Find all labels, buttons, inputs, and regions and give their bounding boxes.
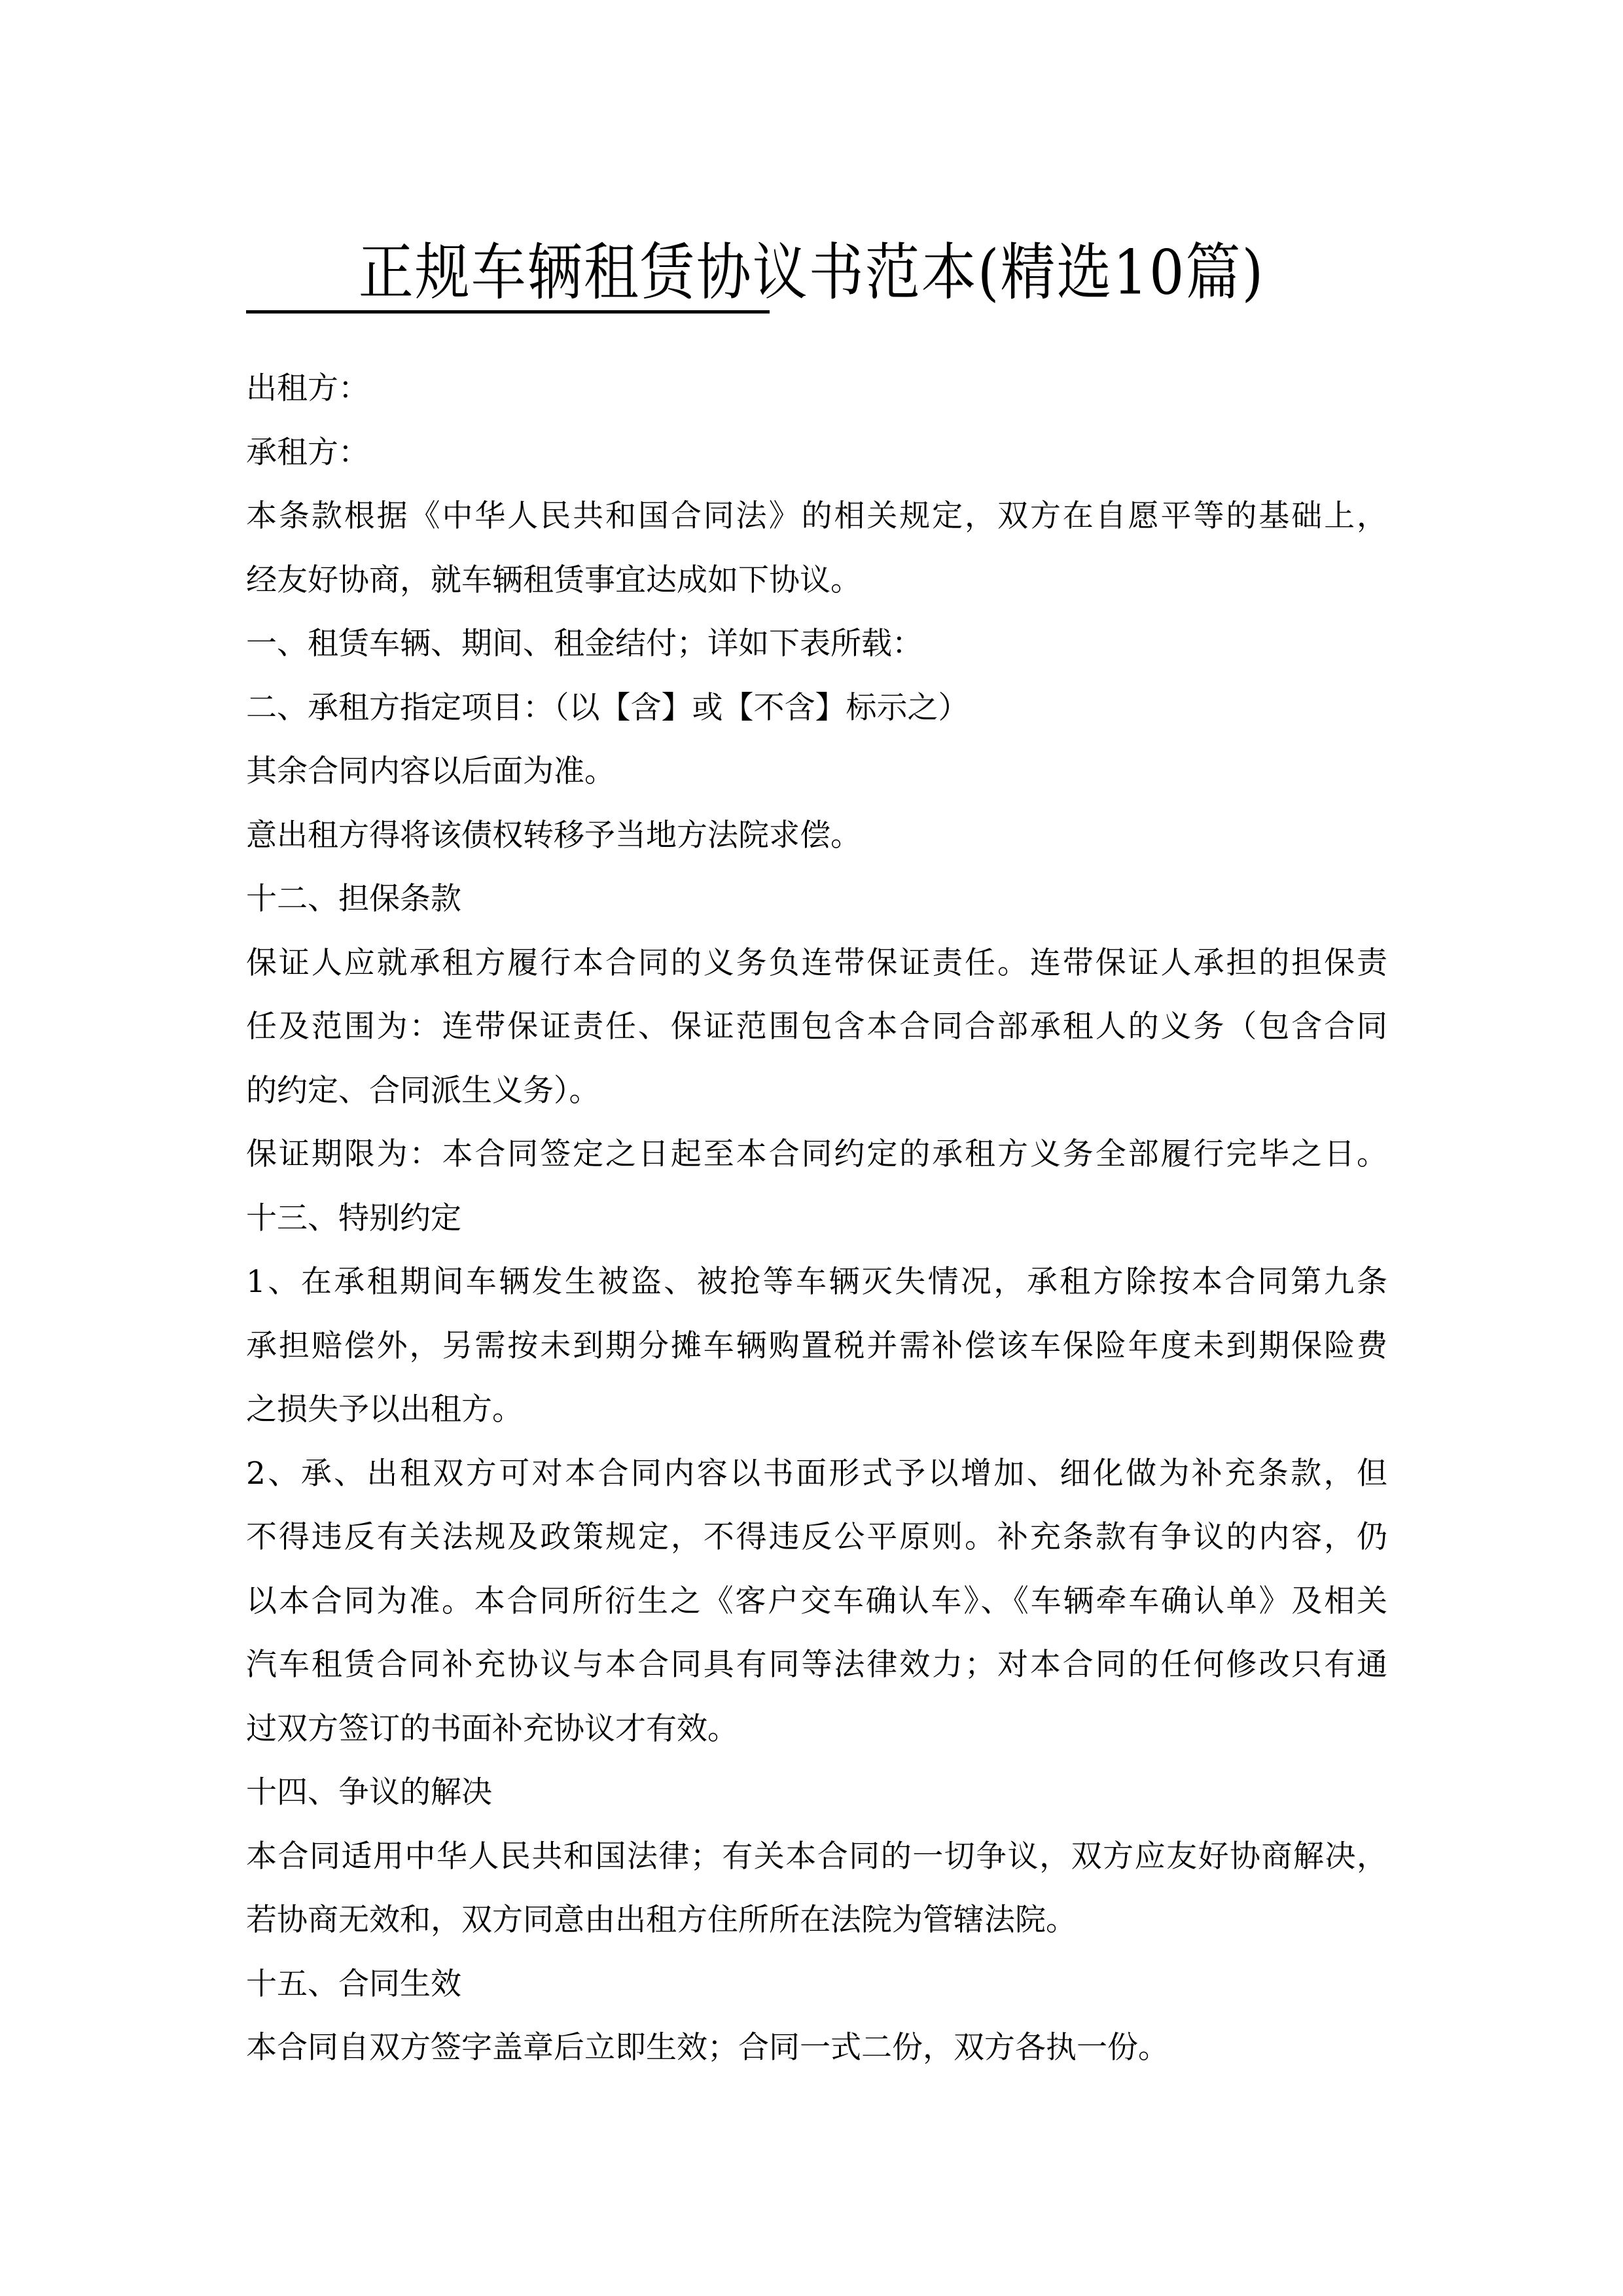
dispute-paragraph-line: 若协商无效和，双方同意由出租方住所所在法院为管辖法院。 — [246, 1888, 1398, 1952]
paragraph-line: 意出租方得将该债权转移予当地方法院求偿。 — [246, 804, 1398, 868]
title-separator-line — [246, 310, 770, 314]
document-body: 出租方： 承租方： 本条款根据《中华人民共和国合同法》的相关规定，双方在自愿平等… — [246, 357, 1398, 2080]
section-heading-1: 一、租赁车辆、期间、租金结付；详如下表所载： — [246, 612, 1398, 676]
special-clause-1-line: 承担赔偿外，另需按未到期分摊车辆购置税并需补偿该车保险年度未到期保险费 — [246, 1314, 1387, 1378]
guarantee-paragraph-line: 任及范围为：连带保证责任、保证范围包含本合同合部承租人的义务（包含合同 — [246, 995, 1387, 1059]
document-title: 正规车辆租赁协议书范本(精选10篇) — [0, 228, 1623, 316]
section-heading-14: 十四、争议的解决 — [246, 1761, 1398, 1825]
section-heading-12: 十二、担保条款 — [246, 867, 1398, 931]
special-clause-1-line: 1、在承租期间车辆发生被盗、被抢等车辆灭失情况，承租方除按本合同第九条 — [246, 1250, 1387, 1314]
paragraph-line: 其余合同内容以后面为准。 — [246, 740, 1398, 804]
special-clause-2-line: 过双方签订的书面补充协议才有效。 — [246, 1697, 1398, 1761]
preamble-line: 经友好协商，就车辆租赁事宜达成如下协议。 — [246, 548, 1398, 613]
section-heading-2: 二、承租方指定项目：（以【含】或【不含】标示之） — [246, 676, 1398, 740]
section-heading-15: 十五、合同生效 — [246, 1952, 1398, 2017]
party-lessee-field: 承租方： — [246, 421, 1398, 485]
section-heading-13: 十三、特别约定 — [246, 1187, 1398, 1251]
guarantee-period-line: 保证期限为：本合同签定之日起至本合同约定的承租方义务全部履行完毕之日。 — [246, 1122, 1387, 1187]
party-lessor-field: 出租方： — [246, 357, 1398, 421]
effectiveness-paragraph-line: 本合同自双方签字盖章后立即生效；合同一式二份，双方各执一份。 — [246, 2016, 1398, 2080]
special-clause-2-line: 不得违反有关法规及政策规定，不得违反公平原则。补充条款有争议的内容，仍 — [246, 1505, 1387, 1570]
preamble-line: 本条款根据《中华人民共和国合同法》的相关规定，双方在自愿平等的基础上， — [246, 484, 1387, 548]
guarantee-paragraph-line: 保证人应就承租方履行本合同的义务负连带保证责任。连带保证人承担的担保责 — [246, 931, 1387, 996]
document-page: 正规车辆租赁协议书范本(精选10篇) 出租方： 承租方： 本条款根据《中华人民共… — [0, 0, 1623, 2296]
special-clause-2-line: 汽车租赁合同补充协议与本合同具有同等法律效力；对本合同的任何修改只有通 — [246, 1633, 1387, 1697]
special-clause-2-line: 以本合同为准。本合同所衍生之《客户交车确认车》、《车辆牵车确认单》及相关 — [246, 1570, 1387, 1634]
special-clause-2-line: 2、承、出租双方可对本合同内容以书面形式予以增加、细化做为补充条款，但 — [246, 1442, 1387, 1506]
dispute-paragraph-line: 本合同适用中华人民共和国法律；有关本合同的一切争议，双方应友好协商解决， — [246, 1825, 1387, 1889]
guarantee-paragraph-line: 的约定、合同派生义务）。 — [246, 1059, 1398, 1123]
special-clause-1-line: 之损失予以出租方。 — [246, 1378, 1398, 1442]
